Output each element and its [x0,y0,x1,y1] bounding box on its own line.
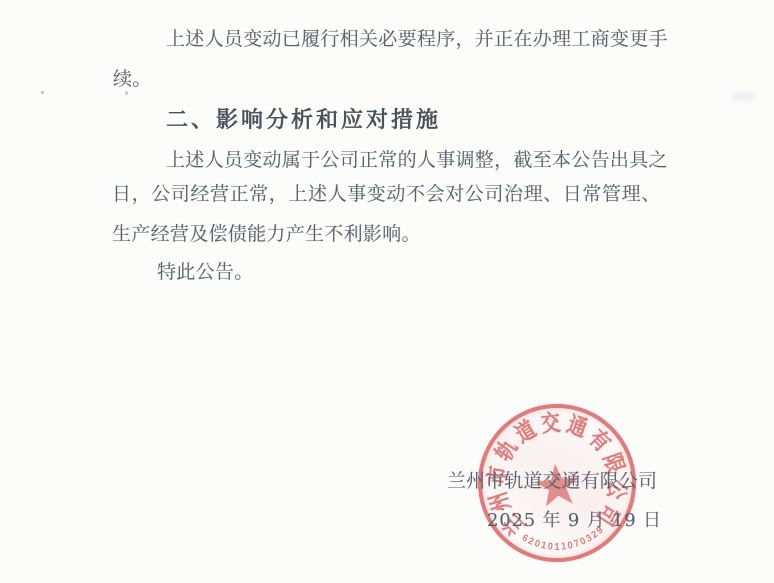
scan-speck [125,91,128,95]
closing-statement: 特此公告。 [157,257,254,284]
paragraph2-line3: 生产经营及偿债能力产生不利影响。 [112,219,421,246]
scanned-announcement-page: 上述人员变动已履行相关必要程序，并正在办理工商变更手 续。 二、影响分析和应对措… [0,0,774,583]
paragraph2-line2: 日，公司经营正常，上述人事变动不会对公司治理、日常管理、 [112,179,661,206]
scan-speck [41,91,44,94]
section-heading: 二、影响分析和应对措施 [166,103,441,134]
paragraph1-line2: 续。 [113,64,152,91]
paragraph2-line1: 上述人员变动属于公司正常的人事调整，截至本公告出具之 [166,145,668,172]
scan-smudge [732,92,754,101]
paragraph1-line1: 上述人员变动已履行相关必要程序，并正在办理工商变更手 [166,24,668,51]
signature-date: 2025 年 9 月 19 日 [487,506,662,532]
signature-company-name: 兰州市轨道交通有限公司 [447,466,657,493]
